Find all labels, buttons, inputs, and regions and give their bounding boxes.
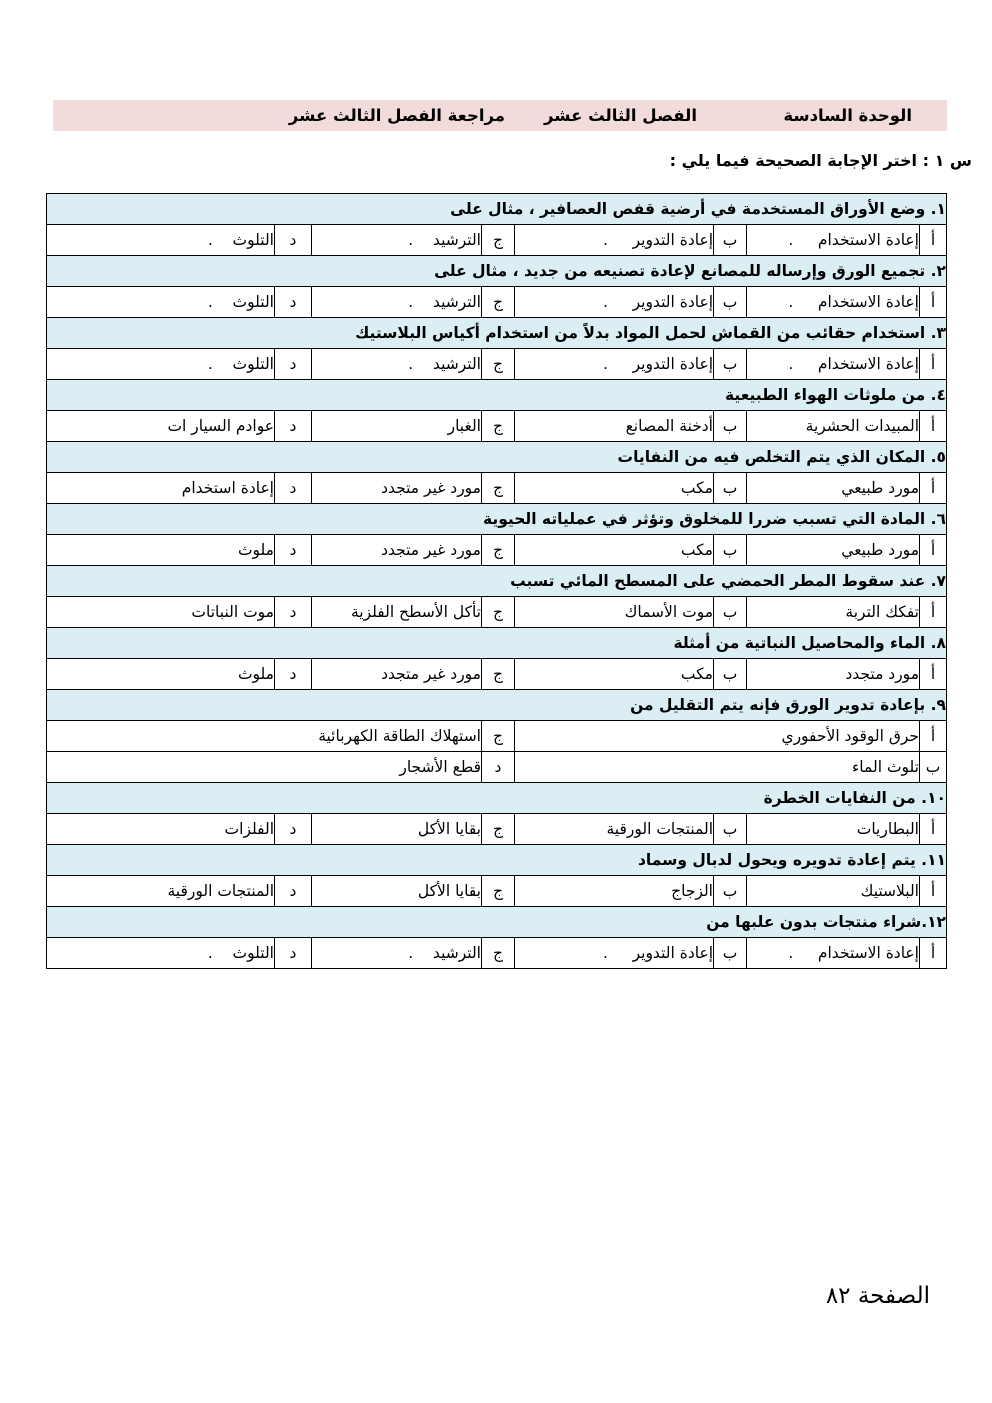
option-letter-a: أ xyxy=(920,473,947,504)
option-letter-a: أ xyxy=(920,287,947,318)
option-letter-b: ب xyxy=(714,597,747,628)
question-title: ٧. عند سقوط المطر الحمضي على المسطح الما… xyxy=(46,566,946,597)
question-header-row: ٢. تجميع الورق وإرساله للمصانع لإعادة تص… xyxy=(46,256,946,287)
question-title: ٥. المكان الذي يتم التخلص فيه من النفايا… xyxy=(46,442,946,473)
option-text-b: إعادة التدوير . xyxy=(515,287,714,318)
question-title: ١١. يتم إعادة تدويره ويحول لدبال وسماد xyxy=(46,845,946,876)
option-text-d: التلوث . xyxy=(46,287,274,318)
answer-row: أمورد متجددبمكبجمورد غير متجدددملوث xyxy=(46,659,946,690)
option-letter-d: د xyxy=(275,225,312,256)
question-title: ١٠. من النفايات الخطرة xyxy=(46,783,946,814)
option-text-b: المنتجات الورقية xyxy=(515,814,714,845)
option-text-c: تأكل الأسطح الفلزية xyxy=(312,597,482,628)
option-text-c: بقايا الأكل xyxy=(312,814,482,845)
option-text-a: إعادة الاستخدام . xyxy=(747,287,920,318)
option-text-a: المبيدات الحشرية xyxy=(747,411,920,442)
option-letter-c: ج xyxy=(482,349,515,380)
answer-row: أمورد طبيعيبمكبجمورد غير متجدددإعادة است… xyxy=(46,473,946,504)
option-text-d: الفلزات xyxy=(46,814,274,845)
option-letter-a: أ xyxy=(920,876,947,907)
question-header-row: ٩. بإعادة تدوير الورق فإنه يتم التقليل م… xyxy=(46,690,946,721)
option-text-c: مورد غير متجدد xyxy=(312,473,482,504)
questions-table: ١. وضع الأوراق المستخدمة في أرضية قفص ال… xyxy=(46,193,947,969)
question-title: ١٢.شراء منتجات بدون علبها من xyxy=(46,907,946,938)
option-letter-a: أ xyxy=(920,225,947,256)
option-letter-d: د xyxy=(275,411,312,442)
option-letter-d: د xyxy=(275,287,312,318)
option-text-c: بقايا الأكل xyxy=(312,876,482,907)
answer-row: أالبطارياتبالمنتجات الورقيةجبقايا الأكلد… xyxy=(46,814,946,845)
question-header-row: ١١. يتم إعادة تدويره ويحول لدبال وسماد xyxy=(46,845,946,876)
option-text-d: ملوث xyxy=(46,659,274,690)
option-letter-b: ب xyxy=(714,411,747,442)
page-number-label: الصفحة ٨٢ xyxy=(826,1283,930,1309)
option-letter-b: ب xyxy=(714,814,747,845)
option-text-c: مورد غير متجدد xyxy=(312,659,482,690)
option-letter-d: د xyxy=(275,597,312,628)
option-text-a: تفكك التربة xyxy=(747,597,920,628)
option-text-b: الزجاج xyxy=(515,876,714,907)
option-letter-d: د xyxy=(275,814,312,845)
option-text-a: مورد طبيعي xyxy=(747,473,920,504)
option-text-b: مكب xyxy=(515,659,714,690)
option-letter-c: ج xyxy=(482,225,515,256)
unit-title: الوحدة السادسة xyxy=(783,100,912,131)
option-letter-b: ب xyxy=(714,535,747,566)
option-letter-a: أ xyxy=(920,349,947,380)
option-text-a: مورد طبيعي xyxy=(747,535,920,566)
option-letter-b: ب xyxy=(714,349,747,380)
question-header-row: ٥. المكان الذي يتم التخلص فيه من النفايا… xyxy=(46,442,946,473)
option-text-d: ملوث xyxy=(46,535,274,566)
answer-row: أتفكك التربةبموت الأسماكجتأكل الأسطح الف… xyxy=(46,597,946,628)
option-letter-c: ج xyxy=(482,876,515,907)
question-header-row: ٦. المادة التي تسبب ضررا للمخلوق وتؤثر ف… xyxy=(46,504,946,535)
option-text-a: حرق الوقود الأحفوري xyxy=(515,721,920,752)
option-letter-c: ج xyxy=(482,597,515,628)
option-text-a: إعادة الاستخدام . xyxy=(747,225,920,256)
option-text-b: إعادة التدوير . xyxy=(515,938,714,969)
option-text-c: الترشيد . xyxy=(312,225,482,256)
option-text-d: عوادم السيار ات xyxy=(46,411,274,442)
option-text-a: البلاستيك xyxy=(747,876,920,907)
option-text-d: قطع الأشجار xyxy=(46,752,481,783)
option-letter-c: ج xyxy=(482,287,515,318)
question-header-row: ٣. استخدام حقائب من القماش لحمل المواد ب… xyxy=(46,318,946,349)
header-bar: الوحدة السادسة الفصل الثالث عشر مراجعة ا… xyxy=(53,100,947,131)
option-text-b: تلوث الماء xyxy=(515,752,920,783)
option-text-d: التلوث . xyxy=(46,349,274,380)
option-letter-b: ب xyxy=(714,287,747,318)
option-letter-d: د xyxy=(275,659,312,690)
option-letter-a: أ xyxy=(920,659,947,690)
option-letter-a: أ xyxy=(920,597,947,628)
option-letter-a: أ xyxy=(920,721,947,752)
question-title: ٨. الماء والمحاصيل النباتية من أمثلة xyxy=(46,628,946,659)
answer-row: أإعادة الاستخدام .بإعادة التدوير .جالترش… xyxy=(46,938,946,969)
question-title: ٢. تجميع الورق وإرساله للمصانع لإعادة تص… xyxy=(46,256,946,287)
option-text-d: المنتجات الورقية xyxy=(46,876,274,907)
option-letter-c: ج xyxy=(482,535,515,566)
option-letter-b: ب xyxy=(714,225,747,256)
answer-row: أإعادة الاستخدام .بإعادة التدوير .جالترش… xyxy=(46,225,946,256)
option-text-b: موت الأسماك xyxy=(515,597,714,628)
review-title: مراجعة الفصل الثالث عشر xyxy=(289,100,505,131)
chapter-title: الفصل الثالث عشر xyxy=(544,100,697,131)
option-letter-d: د xyxy=(275,876,312,907)
option-letter-d: د xyxy=(482,752,515,783)
answer-row: أمورد طبيعيبمكبجمورد غير متجدددملوث xyxy=(46,535,946,566)
question-header-row: ١٠. من النفايات الخطرة xyxy=(46,783,946,814)
option-text-c: مورد غير متجدد xyxy=(312,535,482,566)
option-text-a: البطاريات xyxy=(747,814,920,845)
option-letter-b: ب xyxy=(714,938,747,969)
answer-row: أإعادة الاستخدام .بإعادة التدوير .جالترش… xyxy=(46,349,946,380)
option-text-c: الترشيد . xyxy=(312,938,482,969)
option-letter-c: ج xyxy=(482,411,515,442)
option-text-b: مكب xyxy=(515,535,714,566)
option-text-d: إعادة استخدام xyxy=(46,473,274,504)
option-text-c: استهلاك الطاقة الكهربائية xyxy=(46,721,481,752)
option-letter-b: ب xyxy=(714,659,747,690)
option-letter-b: ب xyxy=(714,876,747,907)
question-header-row: ٤. من ملوثات الهواء الطبيعية xyxy=(46,380,946,411)
option-text-b: إعادة التدوير . xyxy=(515,225,714,256)
answer-row: أإعادة الاستخدام .بإعادة التدوير .جالترش… xyxy=(46,287,946,318)
answer-row: أالبلاستيكبالزجاججبقايا الأكلدالمنتجات ا… xyxy=(46,876,946,907)
option-text-a: إعادة الاستخدام . xyxy=(747,349,920,380)
option-letter-c: ج xyxy=(482,938,515,969)
option-text-d: التلوث . xyxy=(46,938,274,969)
question-title: ٦. المادة التي تسبب ضررا للمخلوق وتؤثر ف… xyxy=(46,504,946,535)
option-letter-d: د xyxy=(275,473,312,504)
option-text-c: الغبار xyxy=(312,411,482,442)
option-letter-d: د xyxy=(275,349,312,380)
option-letter-c: ج xyxy=(482,721,515,752)
option-letter-b: ب xyxy=(920,752,947,783)
option-text-a: مورد متجدد xyxy=(747,659,920,690)
option-text-a: إعادة الاستخدام . xyxy=(747,938,920,969)
option-text-c: الترشيد . xyxy=(312,287,482,318)
option-text-c: الترشيد . xyxy=(312,349,482,380)
option-letter-d: د xyxy=(275,938,312,969)
question-title: ٩. بإعادة تدوير الورق فإنه يتم التقليل م… xyxy=(46,690,946,721)
question-prompt: س ١ : اختر الإجابة الصحيحة فيما يلي : xyxy=(670,151,972,170)
answer-row: أالمبيدات الحشريةبأدخنة المصانعجالغبار د… xyxy=(46,411,946,442)
option-letter-d: د xyxy=(275,535,312,566)
option-letter-c: ج xyxy=(482,814,515,845)
option-letter-a: أ xyxy=(920,535,947,566)
question-title: ٤. من ملوثات الهواء الطبيعية xyxy=(46,380,946,411)
option-letter-b: ب xyxy=(714,473,747,504)
option-text-b: إعادة التدوير . xyxy=(515,349,714,380)
option-letter-a: أ xyxy=(920,814,947,845)
option-text-b: أدخنة المصانع xyxy=(515,411,714,442)
question-header-row: ٧. عند سقوط المطر الحمضي على المسطح الما… xyxy=(46,566,946,597)
option-text-d: موت النباتات xyxy=(46,597,274,628)
question-header-row: ١٢.شراء منتجات بدون علبها من xyxy=(46,907,946,938)
question-title: ٣. استخدام حقائب من القماش لحمل المواد ب… xyxy=(46,318,946,349)
question-header-row: ١. وضع الأوراق المستخدمة في أرضية قفص ال… xyxy=(46,194,946,225)
question-header-row: ٨. الماء والمحاصيل النباتية من أمثلة xyxy=(46,628,946,659)
option-letter-a: أ xyxy=(920,938,947,969)
option-letter-c: ج xyxy=(482,473,515,504)
answer-row: أحرق الوقود الأحفوريجاستهلاك الطاقة الكه… xyxy=(46,721,946,752)
option-letter-a: أ xyxy=(920,411,947,442)
option-text-d: التلوث . xyxy=(46,225,274,256)
question-title: ١. وضع الأوراق المستخدمة في أرضية قفص ال… xyxy=(46,194,946,225)
answer-row: بتلوث الماءدقطع الأشجار xyxy=(46,752,946,783)
option-letter-c: ج xyxy=(482,659,515,690)
option-text-b: مكب xyxy=(515,473,714,504)
